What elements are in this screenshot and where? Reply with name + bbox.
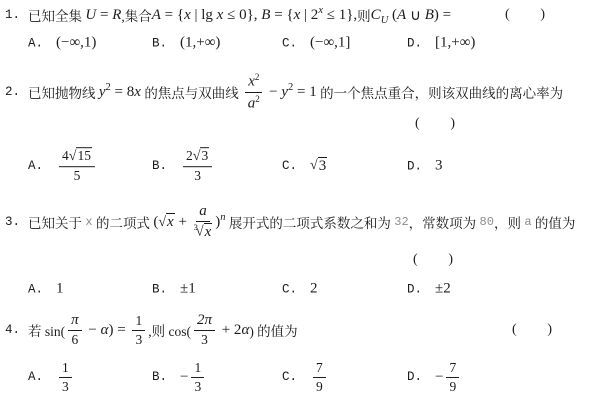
math-text: ≤ 0}, — [223, 7, 261, 24]
fraction-numerator: 7 — [446, 360, 459, 378]
question-4-stem-row: 4. 若 sin( π 6 − α ) = 1 3 ,则 cos( 2π 3 +… — [0, 307, 611, 353]
variable: α — [241, 322, 249, 339]
sqrt-radical: √x — [158, 214, 174, 231]
option-label: A. — [28, 36, 43, 50]
option-value: (1,+∞) — [180, 35, 220, 52]
answer-blank-4: ( ) — [512, 322, 552, 338]
fraction-numerator: 7 — [313, 360, 326, 378]
fraction-denominator: 3 — [62, 378, 69, 395]
fraction: 7 9 — [446, 360, 459, 394]
q1-option-b: B. (1,+∞) — [152, 35, 220, 52]
superscript-exponent: 2 — [288, 82, 293, 93]
fraction: 2π 3 — [194, 312, 215, 348]
question-4-options-row: A. 1 3 B. − 1 3 C. 7 — [0, 353, 611, 401]
question-3-blank-row: ( ) — [0, 249, 611, 271]
option-value: − 7 9 — [435, 360, 462, 394]
variable: R — [112, 7, 121, 24]
q3-option-b: B. ±1 — [152, 281, 196, 298]
q3-option-a: A. 1 — [28, 281, 64, 298]
close-paren: ) — [450, 116, 455, 132]
stem-text: ,集合 — [121, 5, 151, 25]
math-text: ( — [388, 7, 397, 24]
option-value: 2 — [310, 281, 318, 298]
variable: α — [101, 322, 109, 339]
stem-text: 则 — [357, 5, 371, 25]
question-3-number: 3. — [5, 215, 28, 229]
stem-text: 已知抛物线 — [28, 82, 99, 102]
variable: x — [294, 7, 301, 24]
fraction-denominator: 3 — [194, 167, 201, 184]
fraction: 4√15 5 — [59, 148, 95, 184]
coefficient: 2 — [186, 148, 193, 163]
fraction: π 6 — [68, 312, 82, 348]
fraction-numerator: x2 — [245, 72, 262, 93]
exam-page: 1. 已知全集 U = R ,集合 A = { x | lg x ≤ 0}, B… — [0, 0, 611, 408]
stem-text: 展开式的二项式系数之和为 — [226, 212, 395, 232]
stem-text: ,则 cos( — [148, 320, 191, 340]
variable: x — [184, 7, 191, 24]
subscript: U — [381, 15, 389, 26]
fraction-numerator: a — [196, 203, 210, 222]
option-label: B. — [152, 370, 167, 384]
superscript-exponent: 2 — [255, 72, 260, 82]
stem-text: 已知关于 — [28, 212, 85, 232]
radicand: 3 — [200, 147, 209, 163]
coefficient: 4 — [62, 148, 69, 163]
fraction-numerator: 2π — [194, 312, 215, 331]
stem-text: 已知全集 — [28, 5, 85, 25]
fraction-denominator: 3√x — [194, 222, 213, 241]
radicand: x — [166, 213, 175, 230]
math-text: ) = — [434, 7, 451, 24]
option-label: C. — [282, 36, 297, 50]
sqrt-radical-sign: √ — [158, 215, 166, 230]
stem-text: ，则 — [494, 212, 524, 232]
q2-option-a: A. 4√15 5 — [28, 148, 98, 184]
stem-text: 的二项式 — [93, 212, 154, 232]
option-label: C. — [282, 282, 297, 296]
stem-text: 的值为 — [532, 212, 576, 232]
superscript-exponent: x — [318, 5, 323, 16]
q4-option-a: A. 1 3 — [28, 360, 75, 394]
q2-option-d: D. 3 — [407, 158, 443, 175]
option-value: − 1 3 — [180, 360, 207, 394]
option-value: 1 — [56, 281, 64, 298]
option-value: ±2 — [435, 281, 451, 298]
question-4-number: 4. — [5, 323, 28, 337]
sqrt-radical-sign: √ — [196, 225, 204, 240]
answer-blank-1: ( ) — [505, 7, 545, 23]
fraction-numerator: 1 — [191, 360, 204, 378]
close-paren: ) — [540, 7, 545, 23]
fraction-denominator: 6 — [72, 331, 79, 348]
open-paren: ( — [413, 252, 418, 268]
variable: y — [281, 84, 288, 101]
fraction: 1 3 — [132, 313, 145, 347]
fraction: x2 a2 — [245, 72, 262, 113]
option-label: D. — [407, 282, 422, 296]
option-label: D. — [407, 36, 422, 50]
q3-option-d: D. ±2 — [407, 281, 451, 298]
math-text: | 2 — [300, 7, 318, 24]
variable: B — [261, 7, 270, 24]
close-paren: ) — [547, 322, 552, 338]
open-paren: ( — [415, 116, 420, 132]
option-value: (−∞,1) — [56, 35, 96, 52]
radicand: 15 — [76, 147, 92, 163]
question-2-blank-row: ( ) — [0, 113, 611, 135]
q4-option-c: C. 7 9 — [282, 360, 329, 394]
fraction-denominator: 9 — [449, 378, 456, 395]
answer-blank-3: ( ) — [413, 252, 453, 268]
open-paren: ( — [512, 322, 517, 338]
q4-option-b: B. − 1 3 — [152, 360, 207, 394]
fraction-denominator: 3 — [201, 331, 208, 348]
option-value: [1,+∞) — [435, 35, 475, 52]
fraction: 7 9 — [313, 360, 326, 394]
minus-sign: − — [435, 369, 443, 386]
question-2-number: 2. — [5, 85, 28, 99]
stem-text: 若 sin( — [28, 320, 65, 340]
variable: A — [397, 7, 406, 24]
stem-text: 的焦点与双曲线 — [141, 82, 242, 102]
option-label: B. — [152, 282, 167, 296]
stem-text: ，常数项为 — [409, 212, 480, 232]
variable: x — [134, 84, 141, 101]
close-paren: ) — [448, 252, 453, 268]
fraction-denominator: 5 — [74, 167, 81, 184]
fraction-numerator: π — [68, 312, 82, 331]
math-text: = { — [161, 7, 184, 24]
math-text: + — [175, 214, 191, 231]
sqrt-radical-sign: √ — [310, 158, 318, 174]
fraction-denominator: a2 — [248, 93, 260, 113]
fraction-numerator: 4√15 — [59, 148, 95, 167]
q1-option-a: A. (−∞,1) — [28, 35, 96, 52]
math-text: ≤ 1}, — [323, 7, 357, 24]
number-value: 32 — [394, 215, 408, 229]
option-value: √3 — [310, 157, 327, 175]
option-value: 7 9 — [310, 360, 329, 394]
q1-option-d: D. [1,+∞) — [407, 35, 475, 52]
variable: B — [425, 7, 434, 24]
option-label: B. — [152, 36, 167, 50]
variable: C — [371, 7, 381, 24]
option-label: D. — [407, 370, 422, 384]
fraction-numerator: 1 — [59, 360, 72, 378]
fraction: 2√3 3 — [183, 148, 212, 184]
question-1-stem-row: 1. 已知全集 U = R ,集合 A = { x | lg x ≤ 0}, B… — [0, 3, 611, 27]
fraction: 1 3 — [59, 360, 72, 394]
number-value: 80 — [480, 215, 494, 229]
option-value: 2√3 3 — [180, 148, 215, 184]
fraction-denominator: 3 — [194, 378, 201, 395]
option-label: A. — [28, 159, 43, 173]
math-text: = { — [270, 7, 293, 24]
math-text: + 2 — [218, 322, 241, 339]
fraction-denominator: 3 — [135, 331, 142, 348]
variable: x — [85, 215, 92, 229]
radicand: x — [204, 223, 213, 240]
question-2-options-row: A. 4√15 5 B. 2√3 3 C. √3 D. 3 — [0, 143, 611, 189]
option-label: C. — [282, 159, 297, 173]
question-1-options-row: A. (−∞,1) B. (1,+∞) C. (−∞,1] D. [1,+∞) — [0, 31, 611, 55]
superscript-exponent: 2 — [106, 82, 111, 93]
option-label: C. — [282, 370, 297, 384]
option-value: (−∞,1] — [310, 35, 350, 52]
variable: A — [152, 7, 161, 24]
q1-option-c: C. (−∞,1] — [282, 35, 350, 52]
question-1-number: 1. — [5, 8, 28, 22]
math-text: | lg — [191, 7, 217, 24]
stem-text: ) 的值为 — [249, 320, 297, 340]
option-label: A. — [28, 370, 43, 384]
variable: x — [217, 7, 224, 24]
option-value: 3 — [435, 158, 443, 175]
math-text: − — [265, 84, 281, 101]
fraction-numerator: 2√3 — [183, 148, 212, 167]
option-label: A. — [28, 282, 43, 296]
stem-text: 的一个焦点重合，则该双曲线的离心率为 — [317, 82, 563, 102]
option-label: B. — [152, 159, 167, 173]
fraction-numerator: 1 — [132, 313, 145, 331]
radicand: 3 — [318, 157, 328, 175]
fraction: 1 3 — [191, 360, 204, 394]
variable: y — [99, 84, 106, 101]
superscript-exponent: n — [220, 212, 225, 223]
q2-option-b: B. 2√3 3 — [152, 148, 215, 184]
answer-blank-2: ( ) — [415, 116, 455, 132]
math-text: = 1 — [293, 84, 316, 101]
q4-option-d: D. − 7 9 — [407, 360, 462, 394]
fraction: a 3√x — [194, 203, 213, 241]
minus-sign: − — [180, 369, 188, 386]
question-3-options-row: A. 1 B. ±1 C. 2 D. ±2 — [0, 277, 611, 301]
math-text: = — [96, 7, 112, 24]
union-symbol: ∪ — [406, 6, 424, 25]
open-paren: ( — [505, 7, 510, 23]
variable: x — [248, 73, 255, 89]
option-label: D. — [407, 159, 422, 173]
question-2-stem-row: 2. 已知抛物线 y 2 = 8 x 的焦点与双曲线 x2 a2 − y 2 =… — [0, 70, 611, 114]
q3-option-c: C. 2 — [282, 281, 318, 298]
q2-option-c: C. √3 — [282, 157, 327, 175]
question-3-stem-row: 3. 已知关于 x 的二项式 ( √x + a 3√x ) n 展开式的二项式系… — [0, 200, 611, 244]
math-text: ) = — [108, 322, 129, 339]
option-value: ±1 — [180, 281, 196, 298]
math-text: = 8 — [111, 84, 134, 101]
option-value: 1 3 — [56, 360, 75, 394]
option-value: 4√15 5 — [56, 148, 98, 184]
fraction-denominator: 9 — [316, 378, 323, 395]
variable: U — [85, 7, 96, 24]
math-text: − — [85, 322, 101, 339]
variable: a — [524, 215, 531, 229]
superscript-exponent: 2 — [255, 94, 260, 104]
